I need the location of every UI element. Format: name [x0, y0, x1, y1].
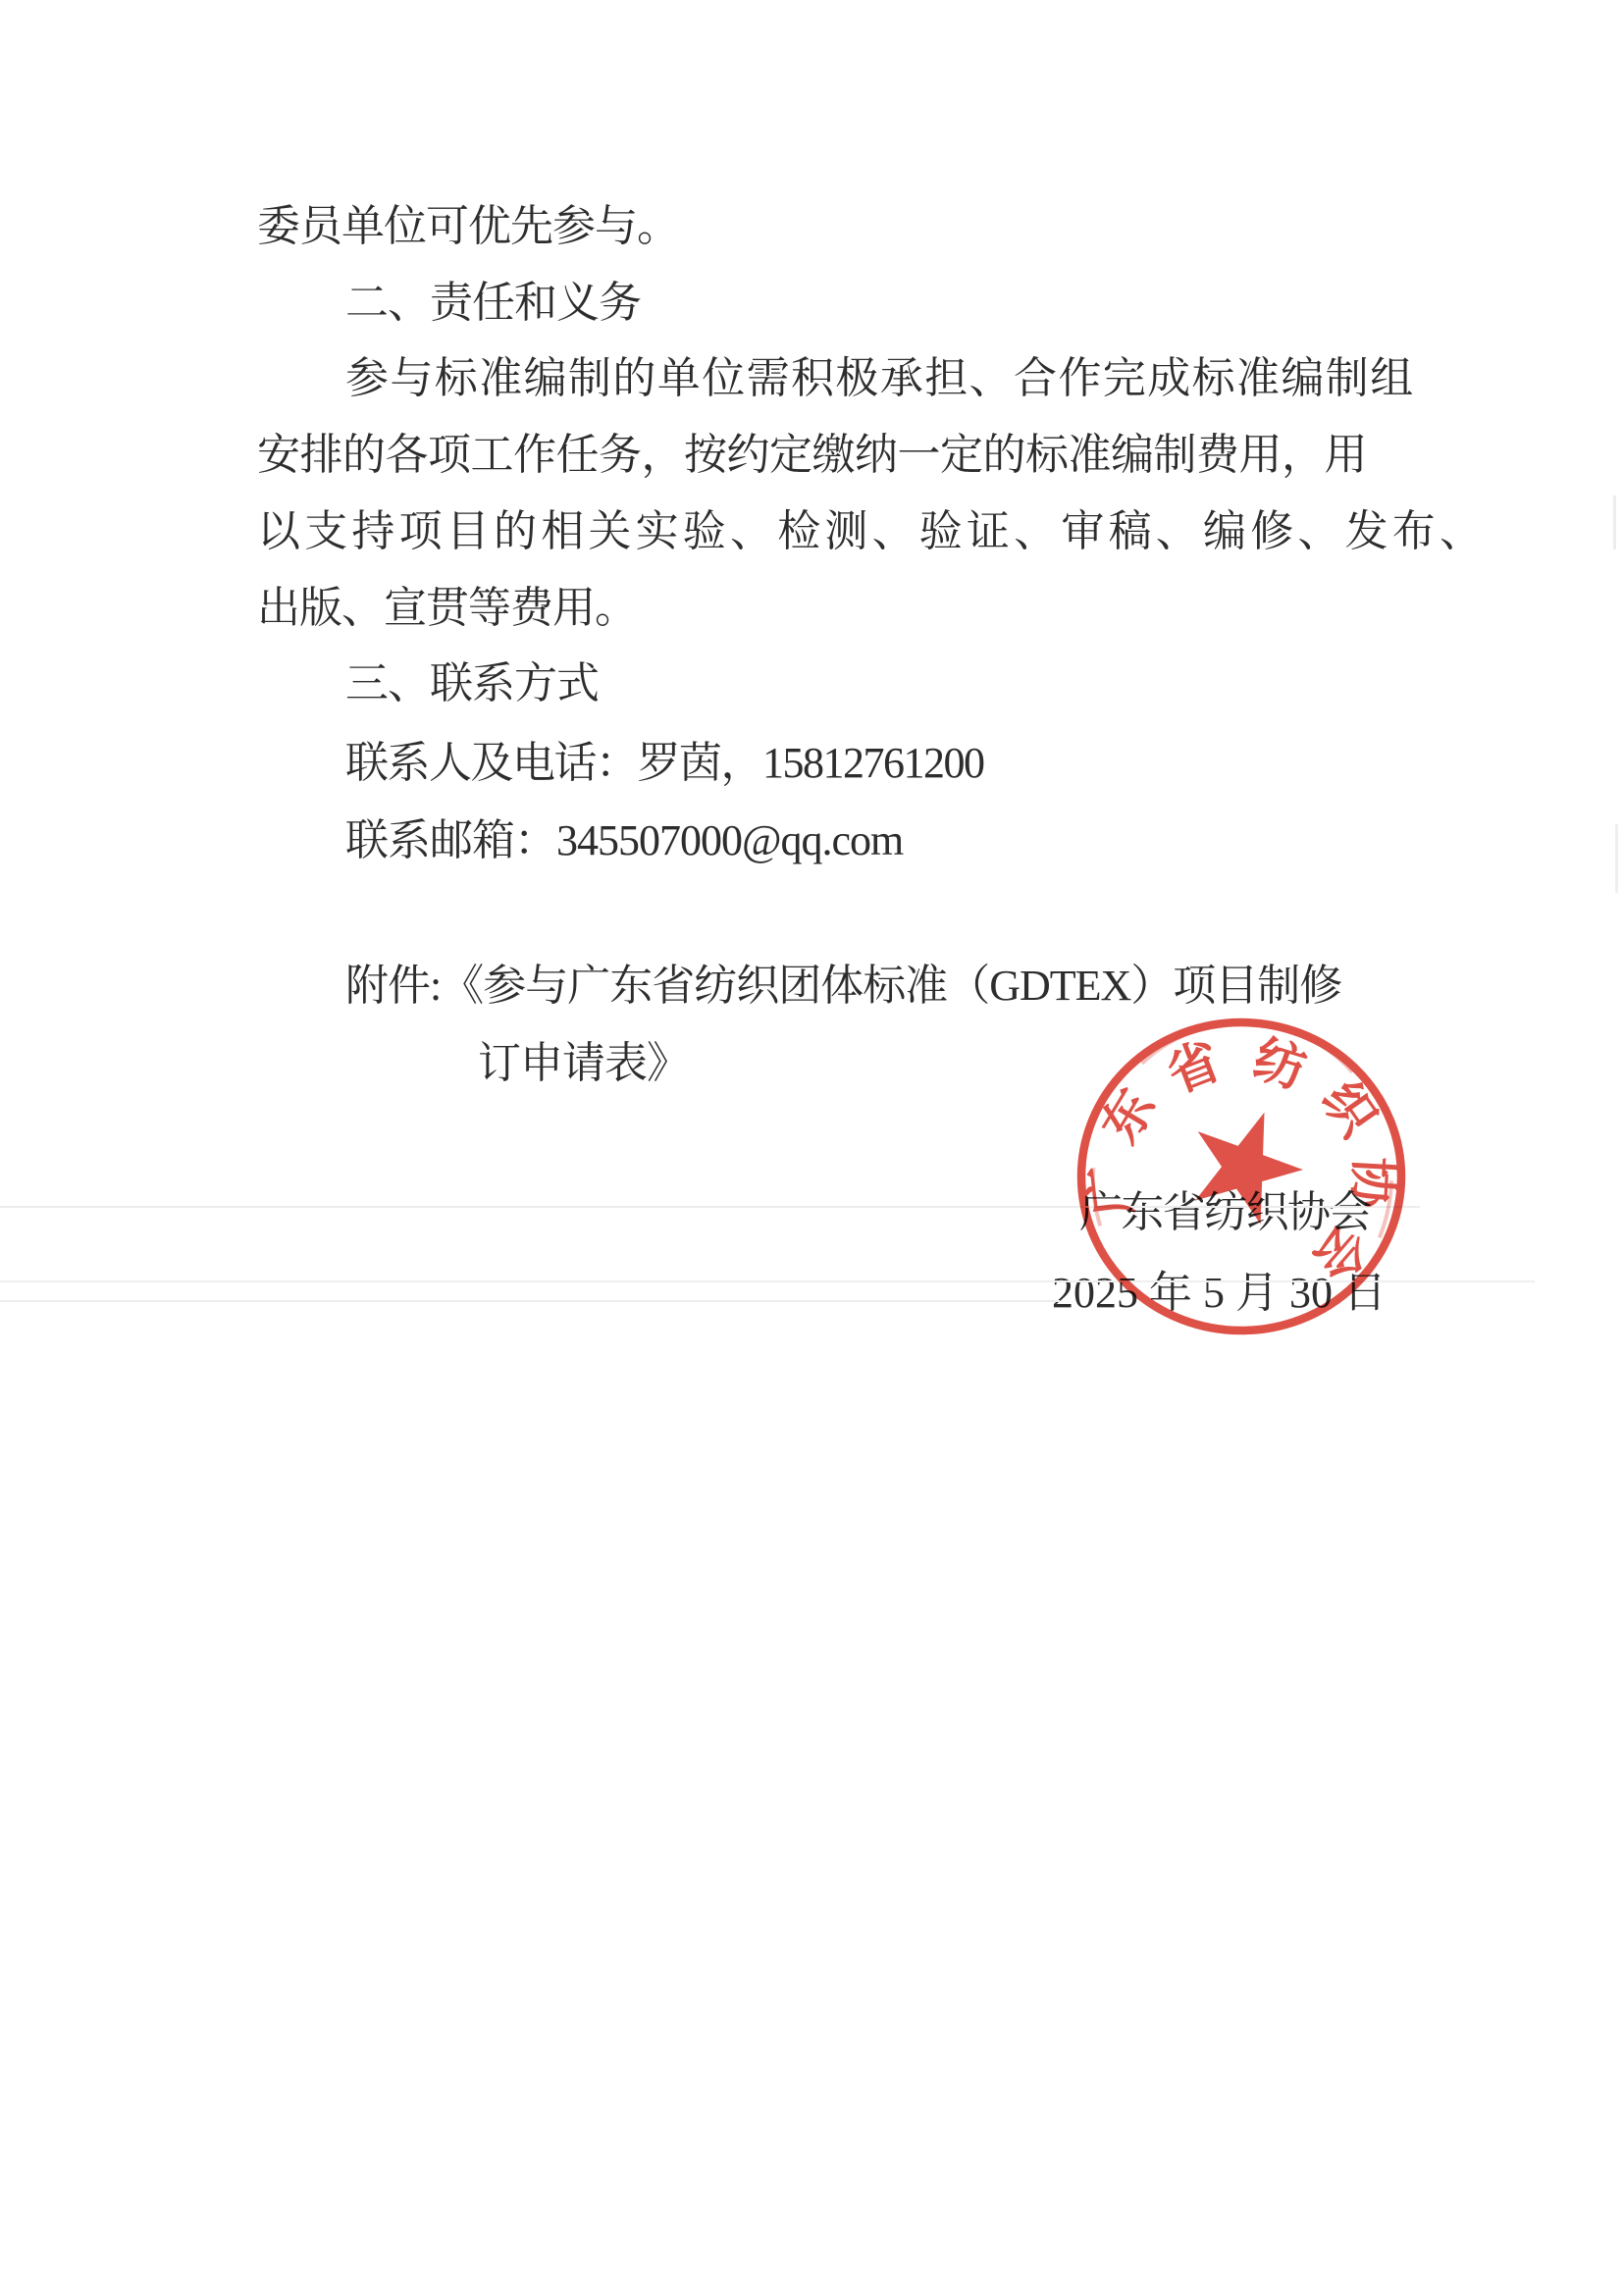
paragraph-line: 参与标准编制的单位需积极承担、合作完成标准编制组 — [345, 353, 1415, 404]
body-line-continuation: 委员单位可优先参与。 — [257, 201, 679, 252]
scan-artifact-mark — [1615, 824, 1618, 893]
seal-arc-char: 协 — [1342, 1156, 1402, 1212]
seal-arc-char: 广 — [1080, 1162, 1143, 1220]
attachment-line-1: 附件:《参与广东省纺织团体标准（GDTEX）项目制修 — [345, 961, 1341, 1012]
official-seal: 广 东 省 纺 织 协 会 — [1074, 1009, 1414, 1346]
attachment-line-2: 订申请表》 — [478, 1038, 689, 1089]
scan-artifact-mark — [1613, 496, 1616, 549]
contact-email-line: 联系邮箱：345507000@qq.com — [345, 815, 903, 866]
seal-arc-char: 东 — [1091, 1080, 1167, 1153]
seal-arc-char: 会 — [1301, 1215, 1378, 1290]
seal-arc-char: 织 — [1311, 1072, 1387, 1149]
paragraph-line: 以支持项目的相关实验、检测、验证、审稿、编修、发布、 — [257, 506, 1487, 557]
seal-arc-char: 纺 — [1247, 1030, 1313, 1100]
seal-star-icon — [1176, 1093, 1317, 1231]
section-heading-contact: 三、联系方式 — [345, 658, 599, 709]
section-heading-responsibilities: 二、责任和义务 — [345, 278, 641, 329]
contact-phone-line: 联系人及电话：罗茵，15812761200 — [345, 738, 984, 789]
paragraph-line: 出版、宣贯等费用。 — [257, 583, 637, 634]
paragraph-line: 安排的各项工作任务，按约定缴纳一定的标准编制费用，用 — [257, 430, 1367, 481]
document-page: 委员单位可优先参与。 二、责任和义务 参与标准编制的单位需积极承担、合作完成标准… — [0, 0, 1623, 2296]
scan-artifact-line — [0, 1300, 1060, 1302]
